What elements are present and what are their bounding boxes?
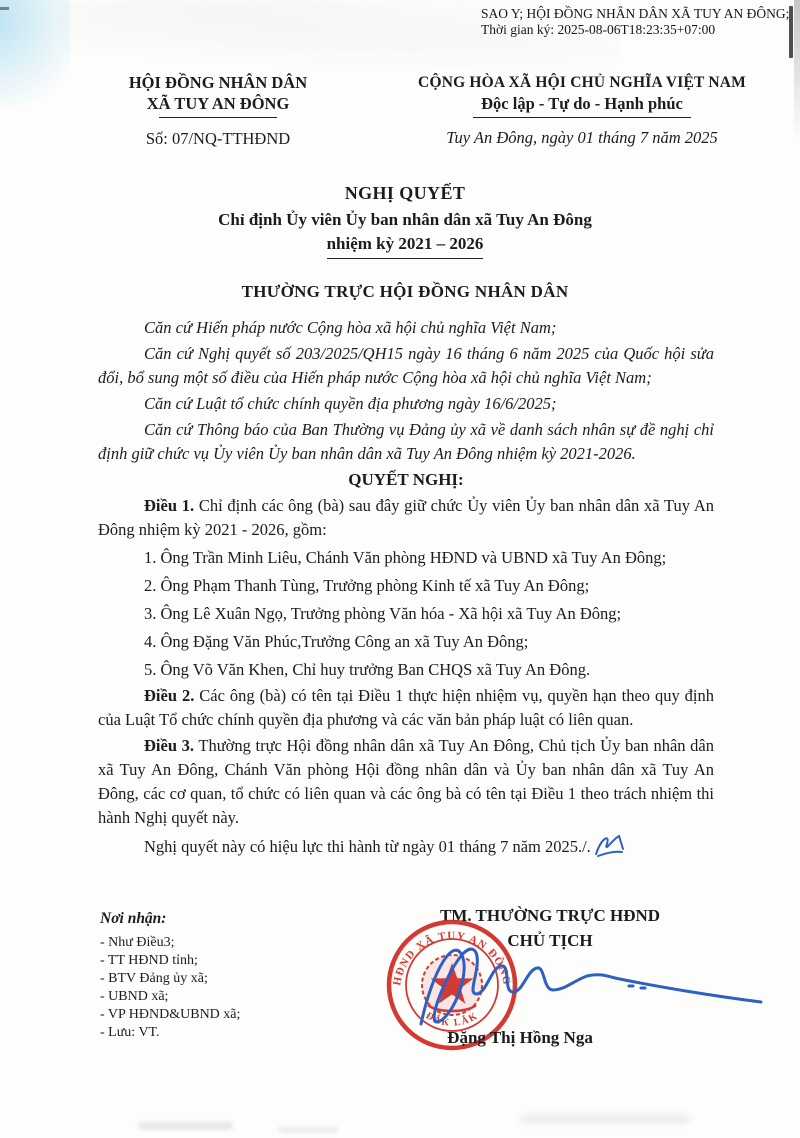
certification-timestamp-line: Thời gian ký: 2025-08-06T18:23:35+07:00 (481, 22, 793, 38)
article-2: Điều 2. Các ông (bà) có tên tại Điều 1 t… (98, 684, 714, 732)
recipient-item: - TT HĐND tỉnh; (100, 952, 340, 970)
document-type-title: NGHỊ QUYẾT (20, 181, 790, 205)
article-3: Điều 3. Thường trực Hội đồng nhân dân xã… (98, 734, 714, 830)
issuer-underline (159, 117, 277, 118)
preamble-section: Căn cứ Hiến pháp nước Cộng hòa xã hội ch… (98, 316, 714, 466)
place-and-date: Tuy An Đông, ngày 01 tháng 7 năm 2025 (388, 128, 776, 148)
recipient-item: - Như Điều3; (100, 934, 340, 952)
resolve-heading: QUYẾT NGHỊ: (98, 468, 714, 492)
scan-corner-tint (0, 0, 70, 130)
preamble-paragraph: Căn cứ Nghị quyết số 203/2025/QH15 ngày … (98, 342, 714, 390)
scan-bottom-smudge-3 (278, 1127, 338, 1133)
preamble-paragraph: Căn cứ Hiến pháp nước Cộng hòa xã hội ch… (98, 316, 714, 340)
recipients-label: Nơi nhận: (100, 910, 340, 928)
appointed-members-list: 1. Ông Trần Minh Liêu, Chánh Văn phòng H… (98, 546, 714, 682)
article-1-label: Điều 1. (144, 496, 194, 515)
document-body: Căn cứ Hiến pháp nước Cộng hòa xã hội ch… (98, 316, 714, 861)
document-number: Số: 07/NQ-TTHĐND (82, 129, 354, 149)
article-1: Điều 1. Chỉ định các ông (bà) sau đây gi… (98, 494, 714, 542)
document-subject-line1: Chỉ định Ủy viên Ủy ban nhân dân xã Tuy … (20, 207, 790, 232)
appointed-member-item: 3. Ông Lê Xuân Ngọ, Trưởng phòng Văn hóa… (98, 602, 714, 626)
motto-underline (473, 117, 691, 118)
recipient-item: - BTV Đảng ủy xã; (100, 970, 340, 988)
scanned-document-page: SAO Y; HỘI ĐỒNG NHÂN DÂN XÃ TUY AN ĐÔNG;… (0, 0, 800, 1138)
article-2-label: Điều 2. (144, 686, 194, 705)
preamble-paragraph: Căn cứ Luật tổ chức chính quyền địa phươ… (98, 392, 714, 416)
appointed-member-item: 4. Ông Đặng Văn Phúc,Trưởng Công an xã T… (98, 630, 714, 654)
appointed-member-item: 2. Ông Phạm Thanh Tùng, Trưởng phòng Kin… (98, 574, 714, 598)
recipient-item: - VP HĐND&UBND xã; (100, 1006, 340, 1024)
article-3-label: Điều 3. (144, 736, 194, 755)
recipients-block: Nơi nhận: - Như Điều3;- TT HĐND tỉnh;- B… (100, 910, 340, 1042)
digital-certification-note: SAO Y; HỘI ĐỒNG NHÂN DÂN XÃ TUY AN ĐÔNG;… (481, 6, 793, 38)
scan-edge-dash (0, 7, 9, 10)
national-header: CỘNG HÒA XÃ HỘI CHỦ NGHĨA VIỆT NAM Độc l… (388, 72, 776, 148)
document-subject-line2: nhiệm kỳ 2021 – 2026 (327, 232, 484, 259)
signer-name: Đặng Thị Hồng Nga (400, 1028, 640, 1048)
scan-edge-strip (794, 0, 800, 140)
appointed-member-item: 1. Ông Trần Minh Liêu, Chánh Văn phòng H… (98, 546, 714, 570)
certification-issuer-line: SAO Y; HỘI ĐỒNG NHÂN DÂN XÃ TUY AN ĐÔNG; (481, 6, 793, 22)
national-title: CỘNG HÒA XÃ HỘI CHỦ NGHĨA VIỆT NAM (388, 72, 776, 93)
handwritten-signature-icon (393, 928, 775, 1040)
effective-date-line: Nghị quyết này có hiệu lực thi hành từ n… (98, 832, 714, 859)
scan-bottom-smudge-2 (520, 1114, 690, 1124)
appointed-member-item: 5. Ông Võ Văn Khen, Chỉ huy trưởng Ban C… (98, 658, 714, 682)
national-motto: Độc lập - Tự do - Hạnh phúc (388, 93, 776, 115)
issuer-name-line1: HỘI ĐỒNG NHÂN DÂN (82, 72, 354, 93)
scan-bottom-smudge-1 (138, 1122, 233, 1130)
issuer-header: HỘI ĐỒNG NHÂN DÂN XÃ TUY AN ĐÔNG Số: 07/… (82, 72, 354, 149)
recipients-list: - Như Điều3;- TT HĐND tỉnh;- BTV Đảng ủy… (100, 934, 340, 1042)
preamble-paragraph: Căn cứ Thông báo của Ban Thường vụ Đảng … (98, 418, 714, 466)
document-title-block: NGHỊ QUYẾT Chỉ định Ủy viên Ủy ban nhân … (20, 181, 790, 259)
issuing-authority-heading: THƯỜNG TRỰC HỘI ĐỒNG NHÂN DÂN (20, 282, 790, 302)
handwritten-paraph-icon (593, 832, 627, 858)
recipient-item: - Lưu: VT. (100, 1024, 340, 1042)
recipient-item: - UBND xã; (100, 988, 340, 1006)
issuer-name-line2: XÃ TUY AN ĐÔNG (82, 93, 354, 114)
